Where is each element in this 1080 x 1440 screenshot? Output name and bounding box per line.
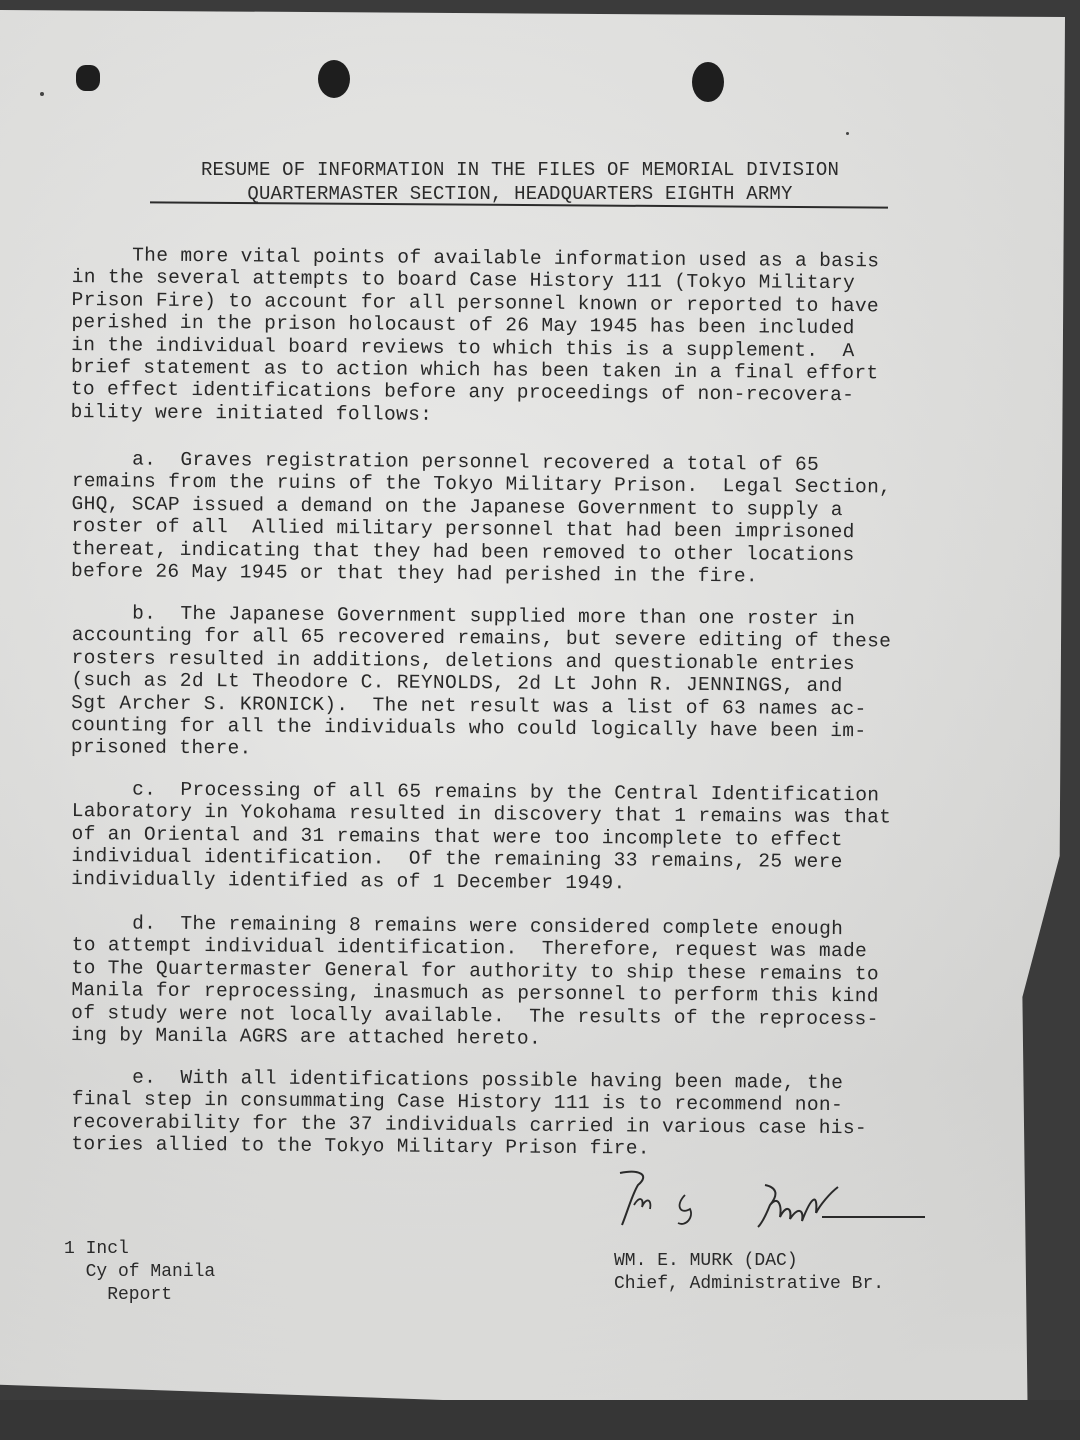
- intro-paragraph: The more vital points of available infor…: [71, 244, 972, 430]
- paragraph-a: a. Graves registration personnel recover…: [71, 448, 972, 590]
- signatory-name: WM. E. MURK (DAC): [614, 1251, 798, 1271]
- paragraph-e: e. With all identifications possible hav…: [71, 1066, 972, 1163]
- signatory-title: Chief, Administrative Br.: [614, 1274, 884, 1294]
- speck-mark: [846, 132, 849, 135]
- punch-hole-center-icon: [318, 60, 350, 98]
- punch-hole-left-icon: [76, 65, 100, 91]
- punch-hole-right-icon: [692, 62, 724, 102]
- enclosure-note: 1 Incl Cy of Manila Report: [64, 1238, 215, 1307]
- document-heading: RESUME OF INFORMATION IN THE FILES OF ME…: [150, 158, 890, 206]
- handwritten-signature-icon: [590, 1165, 940, 1245]
- paragraph-d: d. The remaining 8 remains were consider…: [71, 912, 972, 1054]
- signature-block: WM. E. MURK (DAC) Chief, Administrative …: [614, 1250, 884, 1296]
- paragraph-c: c. Processing of all 65 remains by the C…: [71, 778, 972, 897]
- paragraph-b: b. The Japanese Government supplied more…: [71, 602, 972, 766]
- scanned-page-scene: RESUME OF INFORMATION IN THE FILES OF ME…: [0, 0, 1080, 1440]
- speck-mark: [40, 92, 44, 96]
- heading-line-1: RESUME OF INFORMATION IN THE FILES OF ME…: [201, 159, 839, 181]
- scanner-bed-edge: [0, 1400, 1080, 1440]
